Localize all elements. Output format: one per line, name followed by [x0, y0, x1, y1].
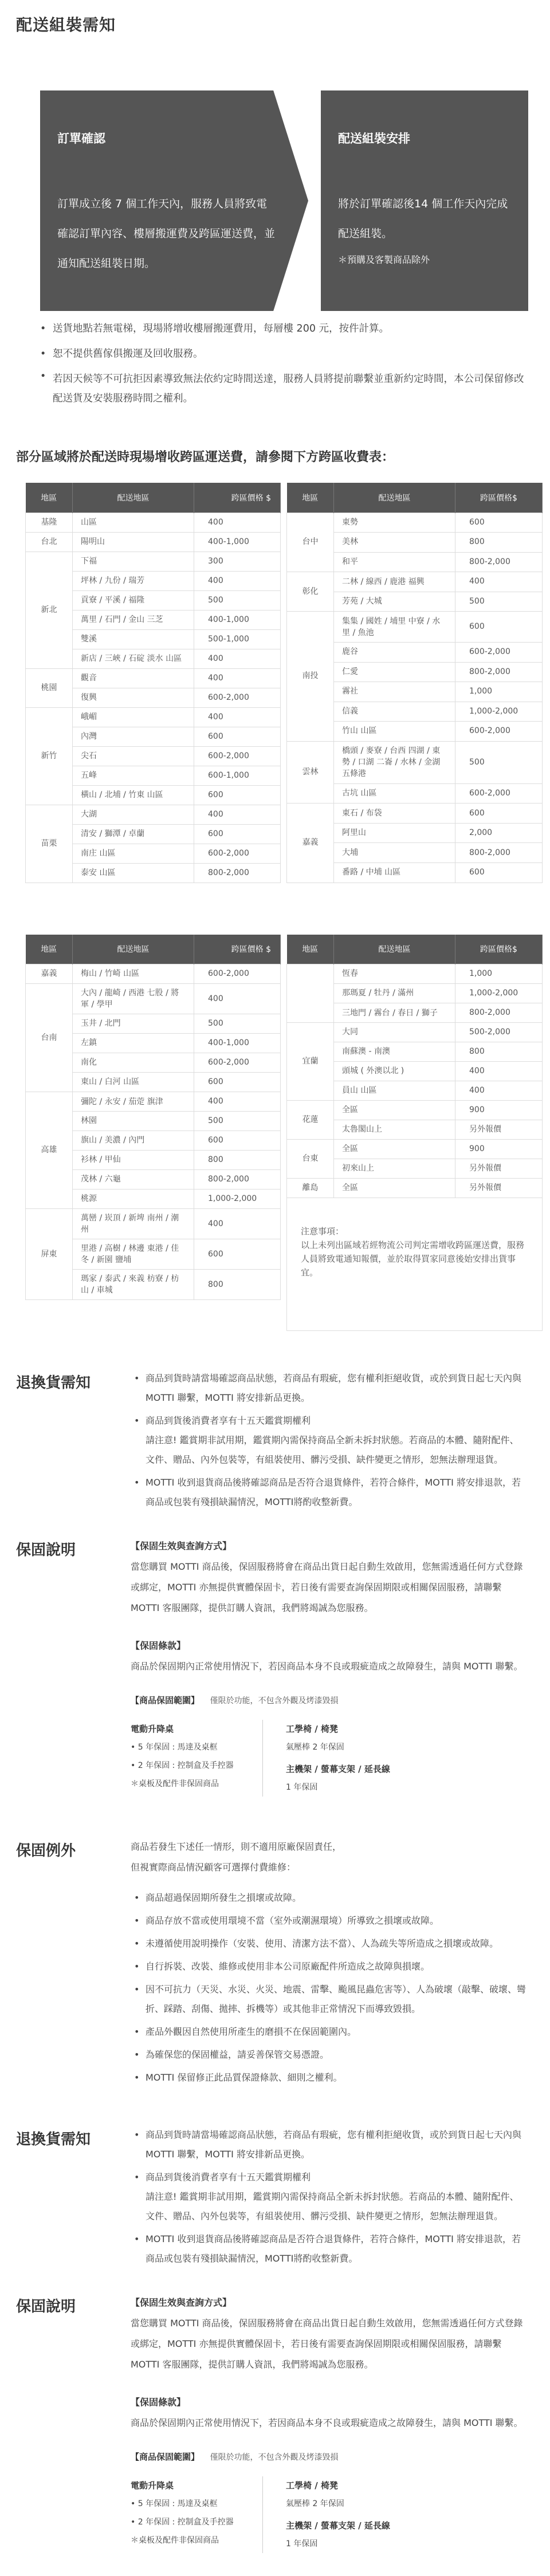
- region-cell: 新北: [26, 552, 73, 668]
- warranty-effective-body: 當您購買 MOTTI 商品後，保固服務將會在商品出貨日起自動生效啟用，您無需透過…: [131, 2313, 527, 2375]
- area-cell: 全區: [334, 1140, 455, 1159]
- flow-step-order-confirm: 訂單確認 訂單成立後 7 個工作天內，服務人員將致電確認訂單內容、樓層搬運費及跨…: [40, 90, 308, 311]
- area-cell: 茂林 / 六龜: [73, 1170, 194, 1189]
- fee-note-body: 以上未列出區域若經物流公司判定需增收跨區運送費，服務人員將致電通知報價，並於取得…: [301, 1238, 528, 1279]
- price-cell: 400-1,000: [194, 1034, 281, 1053]
- price-cell: 400: [194, 513, 281, 532]
- warranty-terms-title: 【保固條款】: [131, 1636, 527, 1656]
- price-cell: 400: [455, 572, 543, 592]
- region-cell: 苗栗: [26, 805, 73, 883]
- warranty-exceptions-section: 保固例外 商品若發生下述任一情形，則不適用原廠保固責任， 但視實際商品情況顧客可…: [0, 1837, 550, 2091]
- area-cell: 復興: [73, 688, 194, 707]
- area-cell: 彌陀 / 永安 / 茄萣 旗津: [73, 1092, 194, 1112]
- table-row: 彰化二林 / 線西 / 鹿港 福興400: [287, 572, 543, 592]
- price-cell: 800-2,000: [455, 1003, 543, 1023]
- price-cell: 600: [194, 1131, 281, 1151]
- table-row: 新北下福300: [26, 552, 281, 571]
- area-cell: 大湖: [73, 805, 194, 824]
- area-cell: 竹山 山區: [334, 722, 455, 742]
- area-cell: 和平: [334, 552, 455, 572]
- exceptions-intro: 商品若發生下述任一情形，則不適用原廠保固責任， 但視實際商品情況顧客可選擇付費維…: [131, 1837, 527, 1878]
- area-cell: 衫林 / 甲仙: [73, 1151, 194, 1170]
- flow-step-title: 訂單確認: [57, 129, 105, 147]
- col-area: 配送地區: [334, 483, 455, 513]
- scope-desc: 僅限於功能，不包含外觀及烤漆毀損: [210, 1696, 338, 1705]
- warranty-terms-title: 【保固條款】: [131, 2392, 527, 2413]
- price-cell: 600-2,000: [455, 783, 543, 803]
- warranty-effective-title: 【保固生效與查詢方式】: [131, 2293, 527, 2313]
- warranty-effective-body: 當您購買 MOTTI 商品後，保固服務將會在商品出貨日起自動生效啟用，您無需透過…: [131, 1557, 527, 1618]
- price-cell: 800: [455, 533, 543, 553]
- scope-chair-desc: 氣壓棒 2 年保固: [286, 2495, 411, 2513]
- price-cell: 400: [194, 1092, 281, 1112]
- area-cell: 阿里山: [334, 823, 455, 843]
- flow-step-body: 訂單成立後 7 個工作天內，服務人員將致電確認訂單內容、樓層搬運費及跨區運送費，…: [57, 189, 275, 278]
- area-cell: 恆春: [334, 964, 455, 984]
- area-cell: 南蘇澳 - 南澳: [334, 1042, 455, 1062]
- section-label: 保固例外: [16, 1837, 131, 2091]
- col-price: 跨區價格 $: [194, 935, 281, 964]
- price-cell: 600: [194, 785, 281, 805]
- price-cell: 400: [194, 571, 281, 590]
- flow-step-title: 配送組裝安排: [338, 129, 410, 147]
- price-cell: 1,000-2,000: [455, 702, 543, 722]
- price-cell: 400: [455, 1081, 543, 1101]
- price-cell: 600-2,000: [455, 642, 543, 662]
- return-item-title: 商品到貨後消費者享有十五天鑑賞期權利: [146, 1411, 527, 1431]
- price-cell: 600-2,000: [194, 964, 281, 984]
- table-row: 台北陽明山400-1,000: [26, 532, 281, 552]
- scope-desk-note: ＊桌板及配件非保固商品: [131, 2531, 262, 2550]
- region-cell: 花蓮: [287, 1101, 334, 1140]
- table-row: 桃園觀音400: [26, 668, 281, 688]
- scope-desk: 電動升降桌 • 5 年保固 : 馬達及桌框 • 2 年保固 : 控制盒及手控器 …: [131, 2476, 262, 2553]
- price-cell: 400: [455, 1062, 543, 1081]
- table-row: 新竹峨嵋400: [26, 707, 281, 727]
- area-cell: 萬里 / 石門 / 金山 三芝: [73, 610, 194, 629]
- area-cell: 大埔: [334, 843, 455, 863]
- return-item: 商品到貨時請當場確認商品狀態，若商品有瑕疵，您有權利拒絕收貨，或於到貨日起七天內…: [131, 1369, 527, 1408]
- region-cell: 台東: [287, 1140, 334, 1179]
- area-cell: 貢寮 / 平溪 / 福隆: [73, 590, 194, 610]
- area-cell: 泰安 山區: [73, 863, 194, 883]
- price-cell: 1,000: [455, 682, 543, 702]
- scope-desk-title: 電動升降桌: [131, 1720, 262, 1738]
- exception-item: MOTTI 保留修正此品質保證條款、細則之權利。: [131, 2068, 527, 2087]
- area-cell: 信義: [334, 702, 455, 722]
- area-cell: 大內 / 龍崎 / 西港 七股 / 將軍 / 學甲: [73, 984, 194, 1014]
- area-cell: 太魯閣山上: [334, 1120, 455, 1140]
- fee-table-group-2: 地區 配送地區 跨區價格 $ 嘉義梅山 / 竹崎 山區600-2,000台南大內…: [0, 935, 550, 1332]
- table-row: 南投集集 / 國姓 / 埔里 中寮 / 水里 / 魚池600: [287, 612, 543, 643]
- price-cell: 800-2,000: [455, 843, 543, 863]
- price-cell: 1,000-2,000: [455, 984, 543, 1003]
- price-cell: 400: [194, 1209, 281, 1239]
- price-cell: 600: [455, 513, 543, 533]
- area-cell: 橫山 / 北埔 / 竹東 山區: [73, 785, 194, 805]
- fee-table: 地區 配送地區 跨區價格 $ 嘉義梅山 / 竹崎 山區600-2,000台南大內…: [25, 935, 281, 1301]
- price-cell: 500: [455, 592, 543, 612]
- price-cell: 2,000: [455, 823, 543, 843]
- scope-desk-note: ＊桌板及配件非保固商品: [131, 1775, 262, 1793]
- price-cell: 900: [455, 1140, 543, 1159]
- col-region: 地區: [26, 935, 73, 964]
- price-cell: 400: [194, 805, 281, 824]
- price-cell: 600-2,000: [455, 722, 543, 742]
- price-cell: 500: [194, 590, 281, 610]
- price-cell: 400: [194, 649, 281, 668]
- section-label: 保固說明: [16, 2293, 131, 2553]
- price-cell: 600: [194, 824, 281, 844]
- fee-table: 地區 配送地區 跨區價格$ 台中東勢600美林800和平800-2,000彰化二…: [286, 483, 543, 883]
- fee-table-group-1: 地區 配送地區 跨區價格 $ 基隆山區400台北陽明山400-1,000新北下福…: [0, 483, 550, 883]
- table-row: 台東全區900: [287, 1140, 543, 1159]
- area-cell: 梅山 / 竹崎 山區: [73, 964, 194, 984]
- fee-table: 地區 配送地區 跨區價格 $ 基隆山區400台北陽明山400-1,000新北下福…: [25, 483, 281, 883]
- area-cell: 南化: [73, 1053, 194, 1073]
- region-cell: 台北: [26, 532, 73, 552]
- scope-title: 【商品保固範圍】: [131, 1695, 199, 1705]
- price-cell: 300: [194, 552, 281, 571]
- price-cell: 500-1,000: [194, 629, 281, 649]
- warranty-terms-body: 商品於保固期內正常使用情況下，若因商品本身不良或瑕疵造成之故障發生，請與 MOT…: [131, 2413, 527, 2433]
- price-cell: 600-1,000: [194, 766, 281, 785]
- table-row: 雲林橋頭 / 麥寮 / 台西 四湖 / 東勢 / 口湖 二崙 / 水林 / 金湖…: [287, 741, 543, 783]
- scope-accessory-desc: 1 年保固: [286, 2535, 411, 2553]
- scope-others: 工學椅 / 椅凳 氣壓棒 2 年保固 主機架 / 螢幕支架 / 延長線 1 年保…: [262, 1720, 411, 1797]
- area-cell: 觀音: [73, 668, 194, 688]
- scope-desk-item: • 2 年保固 : 控制盒及手控器: [131, 2513, 262, 2531]
- col-price: 跨區價格 $: [194, 483, 281, 513]
- price-cell: 600-2,000: [194, 1053, 281, 1073]
- region-cell: [287, 964, 334, 1023]
- table-row: 台南大內 / 龍崎 / 西港 七股 / 將軍 / 學甲400: [26, 984, 281, 1014]
- scope-chair-title: 工學椅 / 椅凳: [286, 1720, 411, 1738]
- flow-step-text: 將於訂單確認後14 個工作天內完成配送組裝。: [338, 189, 516, 249]
- region-cell: 嘉義: [287, 803, 334, 883]
- fee-table: 地區 配送地區 跨區價格$ 恆春1,000那瑪夏 / 牡丹 / 滿州1,000-…: [286, 935, 543, 1332]
- return-item: MOTTI 收到退貨商品後將確認商品是否符合退貨條件，若符合條件，MOTTI 將…: [131, 1473, 527, 1512]
- region-cell: 台南: [26, 984, 73, 1092]
- warranty-section-repeat: 保固說明 【保固生效與查詢方式】 當您購買 MOTTI 商品後，保固服務將會在商…: [0, 2293, 550, 2553]
- price-cell: 另外報價: [455, 1120, 543, 1140]
- price-cell: 800: [194, 1270, 281, 1300]
- table-row: 苗栗大湖400: [26, 805, 281, 824]
- price-cell: 600: [455, 803, 543, 824]
- col-region: 地區: [287, 935, 334, 964]
- section-label: 退換貨需知: [16, 1369, 131, 1515]
- flow-step-body: 將於訂單確認後14 個工作天內完成配送組裝。 ＊預購及客製商品除外: [338, 189, 516, 271]
- area-cell: 雙溪: [73, 629, 194, 649]
- area-cell: 林園: [73, 1112, 194, 1131]
- area-cell: 旗山 / 美濃 / 內門: [73, 1131, 194, 1151]
- flow-step-note: ＊預購及客製商品除外: [338, 249, 516, 271]
- price-cell: 500-2,000: [455, 1023, 543, 1042]
- price-cell: 另外報價: [455, 1159, 543, 1179]
- exceptions-intro-line: 商品若發生下述任一情形，則不適用原廠保固責任，: [131, 1837, 527, 1857]
- area-cell: 芳苑 / 大城: [334, 592, 455, 612]
- area-cell: 初來山上: [334, 1159, 455, 1179]
- exception-item: 商品存放不當或使用環境不當（室外或潮濕環境）所導致之損壞或故障。: [131, 1911, 527, 1931]
- area-cell: 下福: [73, 552, 194, 571]
- area-cell: 五峰: [73, 766, 194, 785]
- delivery-info-page: 配送組裝需知 訂單確認 訂單成立後 7 個工作天內，服務人員將致電確認訂單內容、…: [0, 0, 550, 2576]
- col-region: 地區: [26, 483, 73, 513]
- area-cell: 美林: [334, 533, 455, 553]
- flow-step-delivery-arrange: 配送組裝安排 將於訂單確認後14 個工作天內完成配送組裝。 ＊預購及客製商品除外: [321, 90, 528, 311]
- region-cell: 桃園: [26, 668, 73, 707]
- region-cell: 基隆: [26, 513, 73, 532]
- col-area: 配送地區: [73, 483, 194, 513]
- bullet-item: 若因天候等不可抗拒因素導致無法依約定時間送達，服務人員將提前聯繫並重新約定時間，…: [40, 367, 527, 408]
- price-cell: 800-2,000: [194, 863, 281, 883]
- area-cell: 峨嵋: [73, 707, 194, 727]
- area-cell: 全區: [334, 1179, 455, 1198]
- warranty-effective-title: 【保固生效與查詢方式】: [131, 1536, 527, 1557]
- price-cell: 600: [194, 1239, 281, 1270]
- area-cell: 尖石: [73, 746, 194, 766]
- page-title: 配送組裝需知: [0, 0, 550, 69]
- area-cell: 員山 山區: [334, 1081, 455, 1101]
- fee-note-title: 注意事項：: [301, 1224, 528, 1238]
- exception-item: 為確保您的保固權益，請妥善保管交易憑證。: [131, 2045, 527, 2065]
- scope-desk-item: • 5 年保固 : 馬達及桌框: [131, 1738, 262, 1756]
- order-flow: 訂單確認 訂單成立後 7 個工作天內，服務人員將致電確認訂單內容、樓層搬運費及跨…: [0, 90, 550, 314]
- scope-accessory-title: 主機架 / 螢幕支架 / 延長線: [286, 1760, 411, 1778]
- scope-accessory-title: 主機架 / 螢幕支架 / 延長線: [286, 2516, 411, 2535]
- price-cell: 900: [455, 1101, 543, 1120]
- area-cell: 霧社: [334, 682, 455, 702]
- price-cell: 800: [194, 1151, 281, 1170]
- return-item: MOTTI 收到退貨商品後將確認商品是否符合退貨條件，若符合條件，MOTTI 將…: [131, 2230, 527, 2268]
- table-row: 離島全區另外報價: [287, 1179, 543, 1198]
- scope-desk: 電動升降桌 • 5 年保固 : 馬達及桌框 • 2 年保固 : 控制盒及手控器 …: [131, 1720, 262, 1797]
- region-cell: 雲林: [287, 741, 334, 803]
- price-cell: 800-2,000: [455, 552, 543, 572]
- area-cell: 左鎮: [73, 1034, 194, 1053]
- exceptions-intro-line: 但視實際商品情況顧客可選擇付費維修：: [131, 1857, 527, 1878]
- area-cell: 南庄 山區: [73, 844, 194, 863]
- bullet-item: 送貨地點若無電梯，現場將增收樓層搬運費用，每層樓 200 元，按件計算。: [40, 316, 527, 341]
- scope-desk-item: • 2 年保固 : 控制盒及手控器: [131, 1756, 262, 1775]
- region-cell: 台中: [287, 513, 334, 572]
- scope-desk-title: 電動升降桌: [131, 2476, 262, 2495]
- table-row: 嘉義梅山 / 竹崎 山區600-2,000: [26, 964, 281, 984]
- area-cell: 萬巒 / 崁頂 / 新埤 南州 / 潮州: [73, 1209, 194, 1239]
- col-price: 跨區價格$: [455, 935, 543, 964]
- scope-desc: 僅限於功能，不包含外觀及烤漆毀損: [210, 2453, 338, 2462]
- return-item-detail: 請注意! 鑑賞期非試用期，鑑賞期內需保持商品全新未拆封狀態。若商品的本體、隨附配…: [146, 1431, 527, 1470]
- bullet-item: 恕不提供舊傢俱搬運及回收服務。: [40, 341, 527, 367]
- scope-chair-desc: 氣壓棒 2 年保固: [286, 1738, 411, 1756]
- area-cell: 東石 / 布袋: [334, 803, 455, 824]
- price-cell: 800-2,000: [455, 662, 543, 682]
- area-cell: 瑪家 / 泰武 / 來義 枋寮 / 枋山 / 車城: [73, 1270, 194, 1300]
- price-cell: 800-2,000: [194, 1170, 281, 1189]
- return-item: 商品到貨時請當場確認商品狀態，若商品有瑕疵，您有權利拒絕收貨，或於到貨日起七天內…: [131, 2125, 527, 2164]
- fee-note: 注意事項： 以上未列出區域若經物流公司判定需增收跨區運送費，服務人員將致電通知報…: [287, 1198, 543, 1331]
- area-cell: 東山 / 白河 山區: [73, 1073, 194, 1092]
- area-cell: 玉井 / 北門: [73, 1014, 194, 1034]
- region-cell: 宜蘭: [287, 1023, 334, 1101]
- return-policy-section: 退換貨需知 商品到貨時請當場確認商品狀態，若商品有瑕疵，您有權利拒絕收貨，或於到…: [0, 1369, 550, 1515]
- area-cell: 內灣: [73, 727, 194, 746]
- col-region: 地區: [287, 483, 334, 513]
- price-cell: 400: [194, 707, 281, 727]
- return-item-title: 商品到貨後消費者享有十五天鑑賞期權利: [146, 2168, 527, 2187]
- table-row: 基隆山區400: [26, 513, 281, 532]
- area-cell: 仁愛: [334, 662, 455, 682]
- scope-chair-title: 工學椅 / 椅凳: [286, 2476, 411, 2495]
- scope-accessory-desc: 1 年保固: [286, 1778, 411, 1797]
- area-cell: 里港 / 高樹 / 林邊 東港 / 佳冬 / 新園 鹽埔: [73, 1239, 194, 1270]
- scope-others: 工學椅 / 椅凳 氣壓棒 2 年保固 主機架 / 螢幕支架 / 延長線 1 年保…: [262, 2476, 411, 2553]
- area-cell: 全區: [334, 1101, 455, 1120]
- price-cell: 600-2,000: [194, 844, 281, 863]
- area-cell: 新店 / 三峽 / 石碇 淡水 山區: [73, 649, 194, 668]
- price-cell: 500: [455, 741, 543, 783]
- table-row: 恆春1,000: [287, 964, 543, 984]
- price-cell: 400-1,000: [194, 610, 281, 629]
- area-cell: 坪林 / 九份 / 瑞芳: [73, 571, 194, 590]
- price-cell: 600-2,000: [194, 746, 281, 766]
- warranty-section: 保固說明 【保固生效與查詢方式】 當您購買 MOTTI 商品後，保固服務將會在商…: [0, 1536, 550, 1797]
- table-row: 花蓮全區900: [287, 1101, 543, 1120]
- warranty-scope: 【商品保固範圍】 僅限於功能，不包含外觀及烤漆毀損 電動升降桌 • 5 年保固 …: [131, 1694, 527, 1797]
- region-cell: 屏東: [26, 1209, 73, 1300]
- price-cell: 600: [194, 1073, 281, 1092]
- scope-desk-item: • 5 年保固 : 馬達及桌框: [131, 2495, 262, 2513]
- table-row: 屏東萬巒 / 崁頂 / 新埤 南州 / 潮州400: [26, 1209, 281, 1239]
- region-cell: 南投: [287, 612, 334, 741]
- area-cell: 清安 / 獅潭 / 卓蘭: [73, 824, 194, 844]
- table-row: 嘉義東石 / 布袋600: [287, 803, 543, 824]
- area-cell: 古坑 山區: [334, 783, 455, 803]
- warranty-terms-body: 商品於保固期內正常使用情況下，若因商品本身不良或瑕疵造成之故障發生，請與 MOT…: [131, 1656, 527, 1677]
- region-cell: 彰化: [287, 572, 334, 612]
- section-label: 退換貨需知: [16, 2125, 131, 2272]
- region-cell: 高雄: [26, 1092, 73, 1209]
- section-label: 保固說明: [16, 1536, 131, 1797]
- scope-title: 【商品保固範圍】: [131, 2452, 199, 2462]
- area-cell: 鹿谷: [334, 642, 455, 662]
- area-cell: 集集 / 國姓 / 埔里 中寮 / 水里 / 魚池: [334, 612, 455, 643]
- area-cell: 大同: [334, 1023, 455, 1042]
- price-cell: 500: [194, 1112, 281, 1131]
- price-cell: 600: [455, 862, 543, 883]
- delivery-bullets: 送貨地點若無電梯，現場將增收樓層搬運費用，每層樓 200 元，按件計算。 恕不提…: [0, 316, 550, 408]
- price-cell: 另外報價: [455, 1179, 543, 1198]
- fee-heading: 部分區域將於配送時現場增收跨區運送費，請參閱下方跨區收費表：: [0, 408, 550, 483]
- exception-item: 未遵循使用說明操作（安裝、使用、清潔方法不當）、人為疏失等所造成之損壞或故障。: [131, 1934, 527, 1953]
- return-policy-section-repeat: 退換貨需知 商品到貨時請當場確認商品狀態，若商品有瑕疵，您有權利拒絕收貨，或於到…: [0, 2125, 550, 2272]
- warranty-scope: 【商品保固範圍】 僅限於功能，不包含外觀及烤漆毀損 電動升降桌 • 5 年保固 …: [131, 2451, 527, 2553]
- area-cell: 那瑪夏 / 牡丹 / 滿州: [334, 984, 455, 1003]
- area-cell: 二林 / 線西 / 鹿港 福興: [334, 572, 455, 592]
- col-price: 跨區價格$: [455, 483, 543, 513]
- price-cell: 1,000-2,000: [194, 1189, 281, 1209]
- area-cell: 番路 / 中埔 山區: [334, 862, 455, 883]
- table-row: 台中東勢600: [287, 513, 543, 533]
- price-cell: 400: [194, 984, 281, 1014]
- region-cell: 嘉義: [26, 964, 73, 984]
- exception-item: 產品外觀因自然使用所產生的磨損不在保固範圍內。: [131, 2022, 527, 2042]
- area-cell: 橋頭 / 麥寮 / 台西 四湖 / 東勢 / 口湖 二崙 / 水林 / 金湖 五…: [334, 741, 455, 783]
- area-cell: 三地門 / 霧台 / 春日 / 獅子: [334, 1003, 455, 1023]
- return-item-detail: 請注意! 鑑賞期非試用期，鑑賞期內需保持商品全新未拆封狀態。若商品的本體、隨附配…: [146, 2187, 527, 2226]
- col-area: 配送地區: [334, 935, 455, 964]
- price-cell: 600: [455, 612, 543, 643]
- region-cell: 離島: [287, 1179, 334, 1198]
- price-cell: 600: [194, 727, 281, 746]
- price-cell: 1,000: [455, 964, 543, 984]
- area-cell: 陽明山: [73, 532, 194, 552]
- return-item: 商品到貨後消費者享有十五天鑑賞期權利 請注意! 鑑賞期非試用期，鑑賞期內需保持商…: [131, 1411, 527, 1470]
- price-cell: 500: [194, 1014, 281, 1034]
- price-cell: 600-2,000: [194, 688, 281, 707]
- price-cell: 400: [194, 668, 281, 688]
- region-cell: 新竹: [26, 707, 73, 805]
- price-cell: 400-1,000: [194, 532, 281, 552]
- table-row: 宜蘭大同500-2,000: [287, 1023, 543, 1042]
- exception-item: 商品超過保固期所發生之損壞或故障。: [131, 1888, 527, 1908]
- table-row: 高雄彌陀 / 永安 / 茄萣 旗津400: [26, 1092, 281, 1112]
- exception-item: 自行拆裝、改裝、維修或使用非本公司原廠配件所造成之故障與損壞。: [131, 1957, 527, 1976]
- area-cell: 山區: [73, 513, 194, 532]
- return-item: 商品到貨後消費者享有十五天鑑賞期權利 請注意! 鑑賞期非試用期，鑑賞期內需保持商…: [131, 2168, 527, 2226]
- exception-item: 因不可抗力（天災、水災、火災、地震、雷擊、颱風昆蟲危害等）、人為破壞（敲擊、破壞…: [131, 1980, 527, 2019]
- area-cell: 桃源: [73, 1189, 194, 1209]
- price-cell: 800: [455, 1042, 543, 1062]
- area-cell: 東勢: [334, 513, 455, 533]
- col-area: 配送地區: [73, 935, 194, 964]
- area-cell: 頭城 ( 外澳以北 ): [334, 1062, 455, 1081]
